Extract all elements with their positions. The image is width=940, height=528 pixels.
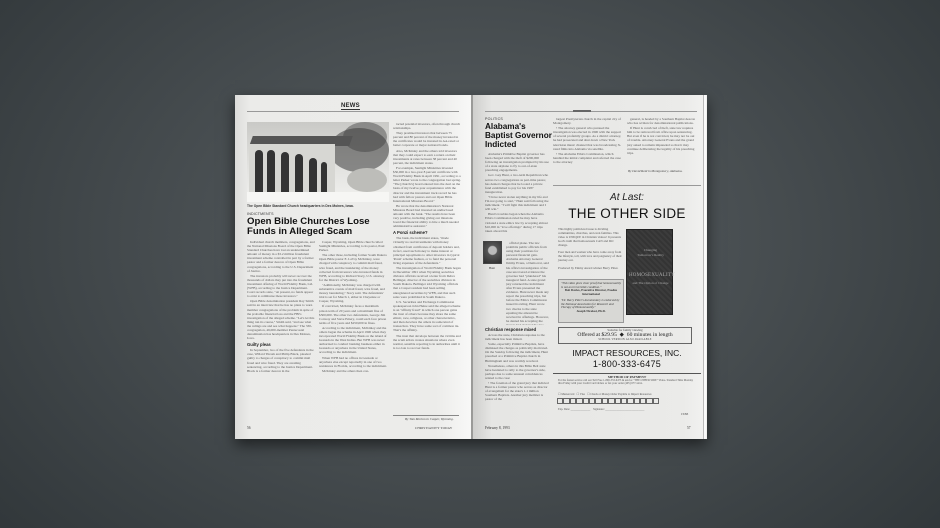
endorsement-box: "This video gives clear proof that homos… xyxy=(558,279,624,323)
ad-body-2: Four men and women who have come away fr… xyxy=(558,251,622,263)
paragraph: • The foreman of the grand jury that ind… xyxy=(485,381,549,401)
video-cover: Changing Tomorrow's Reality HOMOSEXUALIT… xyxy=(626,229,673,315)
arch xyxy=(255,150,263,192)
paragraph: McKinley and the others then con- xyxy=(319,369,387,373)
header-rule xyxy=(247,111,459,112)
article-column-3: general, is headed by a Southern Baptist… xyxy=(627,117,697,165)
paragraph: The investors probably will never recove… xyxy=(247,274,315,299)
magazine-name: CHRISTIANITY TODAY xyxy=(415,426,452,430)
headline-line2: Funds in Alleged Scam xyxy=(247,227,352,237)
paragraph: Gov. Guy Hunt, a two-term Republican who… xyxy=(485,173,549,193)
article-column-2: largest Presbyterian church in the capit… xyxy=(553,117,623,179)
paragraph: The other three, including former South … xyxy=(319,253,387,282)
phone-number: 1-800-333-6475 xyxy=(553,359,701,369)
paragraph: Also, McKinley and the others told inves… xyxy=(393,149,461,165)
ad-body-3: Produced by Emmy Award winner Barry Pitt… xyxy=(558,267,622,271)
headline-line3: Indicted xyxy=(485,140,516,149)
quote-2-attribution: Joseph Nicolosi, Ph.D. xyxy=(561,310,621,314)
byline: By David Reid in Montgomery, Alabama. xyxy=(628,169,682,173)
arch xyxy=(295,154,303,192)
kicker: POLITICS xyxy=(485,117,503,121)
option-mastercard: Mastercard xyxy=(561,392,574,396)
paragraph: • The Alabama Ethics Commission, which h… xyxy=(553,152,623,164)
video-cover-line2: Tomorrow's Reality xyxy=(629,253,672,257)
exp-date-label: Exp. Date xyxy=(558,408,569,411)
paragraph: Alabama's Primitive Baptist governor has… xyxy=(485,152,549,172)
option-visa: Visa xyxy=(580,392,585,396)
paragraph: Some, especially Primitive Baptists, hav… xyxy=(485,342,549,362)
arch xyxy=(267,150,275,192)
snow-ground xyxy=(247,192,389,202)
paragraph: Individual church members, congregations… xyxy=(247,240,315,273)
paragraph: "Additionally, McKinley was charged with… xyxy=(319,283,387,303)
page-number: 56 xyxy=(247,426,251,430)
ad-eyebrow: At Last: xyxy=(553,192,701,203)
paragraph: general, is headed by a Southern Baptist… xyxy=(627,117,697,125)
paragraph: According to the indictment, McKinley an… xyxy=(319,326,387,355)
paragraph: Open Bible denomination president Ray Sm… xyxy=(247,299,315,340)
issue-date: February 8, 1993 xyxy=(485,426,510,430)
ad-body-1: This highly publicized issue is dividing… xyxy=(558,228,622,248)
signature-line: Exp. Date: ______________ Signature: ___… xyxy=(558,408,644,411)
payment-options: ☐ Mastercard ☐ Visa ☐ Check or Money Ord… xyxy=(558,392,652,396)
video-advertisement: At Last: THE OTHER SIDE This highly publ… xyxy=(553,185,701,417)
video-cover-line1: Changing xyxy=(629,248,672,252)
paragraph: • The attorney general who pursued the i… xyxy=(553,126,623,151)
governor-portrait xyxy=(483,241,502,264)
paragraph: He wrote that the denomination's Nationa… xyxy=(393,204,461,229)
quote-1-attribution: Bob Davies, Executive Director, Exodus I… xyxy=(561,289,621,296)
headline-line2: Baptist Governor xyxy=(485,131,552,140)
article-column-3: tacted potential investors, often throug… xyxy=(393,122,461,414)
headline-line1: Alabama's xyxy=(485,122,526,131)
paragraph: U.S. Securities and Exchange Commission … xyxy=(393,300,461,333)
church-headquarters-photo xyxy=(247,122,389,202)
offer-school: SCHOOL VERSION ALSO AVAILABLE xyxy=(559,338,691,341)
paragraph: The bank, the indictment states, "made v… xyxy=(393,236,461,265)
paragraph: official plane. The law prohibits public… xyxy=(506,241,549,325)
header-rule xyxy=(485,111,697,112)
paragraph: The trust that develops between the vict… xyxy=(393,334,461,350)
page-number: 57 xyxy=(687,426,691,430)
header-tab xyxy=(573,110,591,112)
page-edge xyxy=(703,95,706,439)
paragraph: The investigation of World Fidelity Bank… xyxy=(393,266,461,299)
article-column-1: Alabama's Primitive Baptist governor has… xyxy=(485,152,549,242)
paragraph: If Hunt is convicted of theft, state law… xyxy=(627,126,697,155)
signature-label: Signature xyxy=(593,408,604,411)
article-column-1: Individual church members, congregations… xyxy=(247,240,315,424)
paragraph: They promised investors that between 75 … xyxy=(393,131,461,147)
paragraph: When WFB had no offices in Grenada or an… xyxy=(319,356,387,368)
subhead: Christian response mixed xyxy=(485,327,549,332)
byline: By Tom Morton in Casper, Wyoming. xyxy=(405,417,454,421)
ad-title: THE OTHER SIDE xyxy=(553,206,701,221)
offer-box: Suitable for family viewing Offered at $… xyxy=(558,327,692,344)
right-page: POLITICS Alabama's Baptist Governor Indi… xyxy=(473,95,707,439)
paragraph: If convicted, McKinley faces a maximum p… xyxy=(319,304,387,324)
video-cover-title: HOMOSEXUALITY xyxy=(629,273,672,278)
paragraph: Hunt's troubles began when the Alabama E… xyxy=(485,212,549,232)
article-column-1-lower: Christian response mixed Across the stat… xyxy=(485,325,549,425)
arch xyxy=(309,158,317,192)
paragraph: "I have never stolen anything in my life… xyxy=(485,195,549,211)
paragraph: In September, two of the five defendants… xyxy=(247,348,315,373)
company-name: IMPACT RESOURCES, INC. xyxy=(553,348,701,358)
option-check: Check or Money Order Payable to Impact R… xyxy=(590,392,651,396)
checkbox-icon[interactable]: ☐ xyxy=(577,392,580,396)
snowy-shrub xyxy=(347,168,387,192)
photo-caption: The Open Bible Standard Church headquart… xyxy=(247,204,354,208)
paragraph: Casper, Wyoming, Open Bible church calle… xyxy=(319,240,387,252)
article-column-2: Casper, Wyoming, Open Bible church calle… xyxy=(319,240,387,424)
magazine-spread: NEWS The Open Bible Standard Church head… xyxy=(235,95,707,439)
paragraph: largest Presbyterian church in the capit… xyxy=(553,117,623,125)
left-page: NEWS The Open Bible Standard Church head… xyxy=(235,95,471,439)
paragraph: tacted potential investors, often throug… xyxy=(393,122,461,130)
photo-caption: Hunt xyxy=(489,266,495,270)
section-tag: NEWS xyxy=(341,103,360,110)
payment-text: For the fastest service call our Toll Fr… xyxy=(558,379,696,386)
arch xyxy=(281,152,289,192)
card-number-boxes[interactable] xyxy=(557,398,659,404)
ad-code: CT293 xyxy=(681,413,688,416)
byline-rule xyxy=(393,415,459,416)
paragraph: Nonetheless, others in this Bible Belt s… xyxy=(485,364,549,380)
video-cover-sub: and The Option of Change xyxy=(629,281,672,285)
subhead: Guilty pleas xyxy=(247,342,315,347)
subhead: A Ponzi scheme? xyxy=(393,230,461,235)
paragraph: For example, Sunlight Ministries investe… xyxy=(393,166,461,203)
arch xyxy=(321,162,327,192)
article-column-1-wrap: official plane. The law prohibits public… xyxy=(506,241,549,325)
paragraph: Across the state, Christian response to … xyxy=(485,333,549,341)
